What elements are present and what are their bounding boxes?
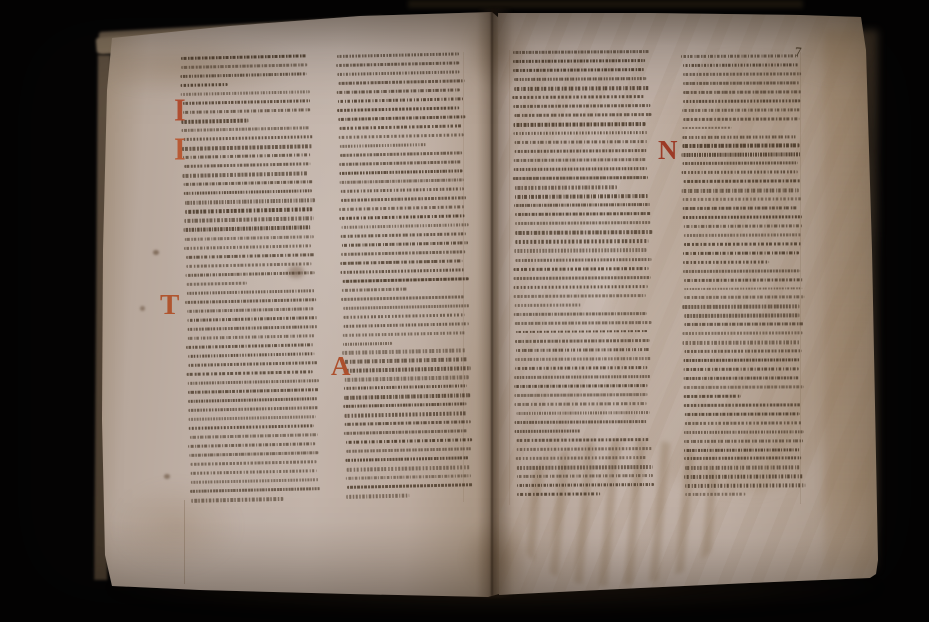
manuscript-text-line — [347, 483, 473, 489]
manuscript-text-line — [180, 72, 305, 78]
manuscript-text-line — [684, 430, 804, 434]
rubric-initial-I: I — [174, 134, 186, 166]
ruling-line — [509, 50, 510, 505]
manuscript-text-line — [184, 135, 314, 141]
manuscript-text-line — [515, 249, 647, 253]
text-column-3 — [512, 50, 652, 503]
manuscript-text-line — [182, 127, 309, 133]
manuscript-text-line — [344, 304, 470, 310]
manuscript-text-line — [684, 358, 800, 362]
ruling-line — [184, 500, 185, 584]
manuscript-text-line — [683, 341, 800, 345]
manuscript-text-line — [515, 221, 650, 225]
manuscript-text-line — [515, 303, 580, 307]
manuscript-text-line — [684, 323, 803, 327]
manuscript-text-line — [681, 54, 798, 58]
manuscript-text-line — [345, 457, 468, 462]
manuscript-text-line — [685, 466, 800, 470]
manuscript-text-line — [682, 153, 800, 157]
manuscript-text-line — [683, 215, 801, 219]
manuscript-text-line — [188, 397, 316, 403]
manuscript-text-line — [513, 50, 650, 54]
manuscript-text-line — [190, 487, 320, 493]
manuscript-text-line — [684, 314, 799, 318]
manuscript-text-line — [514, 86, 649, 90]
manuscript-text-line — [683, 260, 769, 264]
manuscript-text-line — [684, 395, 741, 399]
manuscript-text-line — [514, 140, 647, 144]
manuscript-text-line — [682, 189, 799, 193]
manuscript-text-line — [683, 63, 799, 67]
manuscript-text-line — [517, 411, 650, 415]
manuscript-text-line — [684, 350, 802, 354]
manuscript-text-line — [183, 172, 309, 178]
manuscript-text-line — [516, 258, 651, 262]
manuscript-text-line — [683, 72, 802, 76]
manuscript-text-line — [517, 493, 600, 497]
text-column-2 — [336, 52, 472, 505]
manuscript-text-line — [684, 403, 802, 407]
manuscript-text-line — [337, 88, 460, 94]
manuscript-text-line — [514, 68, 645, 72]
manuscript-text-line — [515, 321, 652, 325]
manuscript-text-line — [513, 131, 647, 135]
manuscript-photo: I I T A N 7 — [0, 0, 929, 622]
manuscript-text-line — [684, 457, 801, 460]
manuscript-text-line — [188, 352, 315, 358]
manuscript-text-line — [188, 388, 319, 394]
manuscript-text-line — [683, 332, 803, 336]
manuscript-text-line — [190, 433, 318, 439]
manuscript-text-line — [682, 126, 731, 129]
manuscript-text-line — [339, 133, 464, 138]
manuscript-text-line — [181, 90, 310, 96]
manuscript-text-line — [188, 406, 319, 412]
manuscript-text-line — [184, 181, 312, 187]
manuscript-text-line — [341, 250, 465, 256]
manuscript-text-line — [184, 163, 310, 169]
manuscript-text-line — [187, 316, 317, 322]
manuscript-text-line — [346, 448, 471, 453]
manuscript-text-line — [515, 357, 651, 361]
manuscript-text-line — [191, 497, 283, 502]
text-column-1 — [180, 54, 320, 509]
manuscript-text-line — [184, 226, 311, 232]
manuscript-text-line — [340, 151, 462, 157]
manuscript-text-line — [515, 375, 651, 379]
manuscript-text-line — [183, 108, 309, 114]
manuscript-text-line — [337, 61, 460, 66]
manuscript-text-line — [343, 349, 466, 355]
manuscript-text-line — [516, 230, 652, 234]
manuscript-text-line — [684, 448, 799, 452]
binding-gutter-shadow — [477, 8, 513, 598]
manuscript-text-line — [346, 494, 409, 499]
manuscript-text-line — [181, 83, 228, 87]
manuscript-text-line — [343, 341, 392, 345]
manuscript-text-line — [516, 456, 647, 460]
manuscript-text-line — [187, 370, 313, 376]
manuscript-text-line — [344, 403, 466, 408]
manuscript-text-line — [188, 424, 314, 430]
manuscript-text-line — [188, 325, 318, 331]
manuscript-text-line — [186, 253, 315, 259]
manuscript-text-line — [342, 287, 407, 292]
manuscript-text-line — [339, 79, 464, 84]
manuscript-text-line — [515, 113, 651, 117]
manuscript-text-line — [683, 251, 800, 255]
manuscript-text-line — [517, 438, 650, 442]
manuscript-text-line — [684, 367, 799, 371]
manuscript-text-line — [339, 124, 463, 130]
manuscript-text-line — [182, 119, 249, 124]
manuscript-text-line — [344, 430, 467, 435]
manuscript-text-line — [189, 415, 316, 421]
manuscript-text-line — [514, 285, 648, 289]
manuscript-text-line — [514, 167, 647, 171]
manuscript-text-line — [515, 402, 647, 406]
manuscript-text-line — [684, 224, 802, 228]
manuscript-text-line — [516, 330, 648, 334]
manuscript-text-line — [337, 70, 459, 76]
manuscript-text-line — [517, 447, 653, 451]
manuscript-text-line — [184, 217, 313, 223]
manuscript-text-line — [683, 144, 799, 148]
manuscript-text-line — [182, 145, 311, 151]
manuscript-text-line — [342, 223, 469, 229]
manuscript-text-line — [342, 241, 467, 246]
manuscript-text-line — [684, 117, 800, 121]
rubric-initial-T: T — [160, 291, 179, 320]
manuscript-text-line — [514, 294, 645, 298]
manuscript-text-line — [515, 240, 648, 244]
manuscript-text-line — [187, 281, 247, 285]
manuscript-text-line — [683, 162, 798, 165]
manuscript-text-line — [516, 348, 651, 352]
manuscript-text-line — [514, 312, 647, 316]
manuscript-text-line — [185, 199, 315, 205]
manuscript-text-line — [347, 466, 470, 472]
manuscript-text-line — [513, 176, 648, 180]
manuscript-text-line — [684, 287, 802, 291]
manuscript-text-line — [184, 190, 312, 196]
manuscript-text-line — [515, 420, 647, 424]
manuscript-text-line — [515, 430, 581, 434]
manuscript-text-line — [344, 421, 470, 427]
manuscript-text-line — [685, 484, 804, 488]
manuscript-text-line — [346, 439, 472, 445]
manuscript-text-line — [343, 385, 467, 390]
manuscript-text-line — [344, 376, 468, 382]
folio-number: 7 — [794, 44, 802, 60]
manuscript-text-line — [513, 158, 645, 162]
manuscript-text-line — [340, 143, 426, 148]
manuscript-text-line — [338, 97, 464, 103]
manuscript-text-line — [186, 208, 313, 214]
manuscript-text-line — [515, 393, 648, 397]
manuscript-text-line — [515, 384, 648, 388]
manuscript-text-line — [515, 339, 649, 343]
manuscript-text-line — [343, 322, 468, 328]
manuscript-text-line — [339, 169, 462, 175]
manuscript-text-line — [515, 194, 649, 198]
manuscript-text-line — [183, 99, 309, 104]
manuscript-text-line — [340, 178, 464, 184]
manuscript-text-line — [684, 385, 804, 389]
manuscript-text-line — [186, 298, 317, 304]
manuscript-text-line — [514, 276, 650, 280]
manuscript-text-line — [513, 122, 645, 126]
manuscript-text-line — [188, 361, 317, 367]
manuscript-text-line — [684, 242, 802, 246]
manuscript-text-line — [340, 214, 465, 220]
manuscript-text-line — [685, 296, 805, 300]
manuscript-text-line — [685, 493, 745, 496]
manuscript-text-line — [518, 483, 654, 487]
manuscript-text-line — [187, 307, 313, 313]
manuscript-text-line — [343, 331, 466, 337]
manuscript-text-line — [684, 412, 799, 416]
manuscript-text-line — [191, 478, 319, 483]
manuscript-text-line — [340, 187, 463, 192]
manuscript-text-line — [342, 358, 467, 364]
manuscript-text-line — [340, 232, 465, 238]
manuscript-text-line — [684, 475, 803, 479]
manuscript-text-line — [684, 233, 801, 236]
manuscript-text-line — [186, 289, 315, 295]
manuscript-text-line — [346, 475, 471, 480]
manuscript-text-line — [682, 197, 802, 201]
manuscript-text-line — [343, 277, 469, 283]
manuscript-text-line — [684, 99, 801, 103]
binding-fold-line — [491, 10, 493, 596]
manuscript-text-line — [684, 278, 803, 282]
manuscript-text-line — [339, 115, 466, 121]
manuscript-text-line — [188, 379, 319, 385]
manuscript-text-line — [685, 421, 802, 425]
rubric-initial-A: A — [331, 353, 351, 380]
manuscript-text-line — [515, 186, 617, 190]
manuscript-text-line — [340, 160, 461, 165]
manuscript-text-line — [339, 205, 464, 211]
manuscript-text-line — [343, 313, 465, 319]
manuscript-text-line — [515, 149, 646, 153]
manuscript-text-line — [682, 305, 799, 309]
manuscript-text-line — [188, 442, 315, 448]
manuscript-text-line — [683, 376, 798, 380]
manuscript-text-line — [186, 271, 315, 277]
rubric-initial-N: N — [658, 137, 678, 164]
manuscript-text-line — [515, 366, 647, 370]
manuscript-text-line — [684, 180, 801, 184]
manuscript-text-line — [186, 343, 313, 349]
manuscript-text-line — [181, 63, 307, 68]
manuscript-text-line — [337, 106, 459, 112]
manuscript-text-line — [683, 108, 802, 112]
manuscript-text-line — [514, 59, 646, 63]
manuscript-text-line — [682, 135, 797, 139]
manuscript-text-line — [183, 154, 309, 160]
manuscript-text-line — [341, 196, 466, 202]
manuscript-text-line — [514, 104, 651, 108]
manuscript-text-line — [513, 95, 645, 99]
manuscript-text-line — [344, 367, 471, 373]
manuscript-text-line — [190, 460, 316, 465]
manuscript-text-line — [341, 268, 465, 274]
background-edge — [408, 0, 803, 8]
manuscript-text-line — [684, 269, 801, 273]
manuscript-text-line — [184, 244, 311, 250]
manuscript-text-line — [188, 334, 316, 340]
manuscript-text-line — [517, 465, 654, 469]
rubric-initial-I: I — [174, 95, 186, 127]
manuscript-text-line — [191, 469, 317, 475]
manuscript-text-line — [683, 90, 801, 94]
manuscript-text-line — [514, 77, 646, 81]
manuscript-text-line — [340, 259, 462, 265]
manuscript-text-line — [517, 474, 653, 478]
manuscript-text-line — [186, 262, 311, 268]
manuscript-text-line — [345, 412, 466, 418]
manuscript-text-line — [514, 267, 649, 271]
manuscript-text-line — [189, 451, 318, 457]
manuscript-text-line — [344, 394, 470, 400]
manuscript-text-line — [683, 206, 798, 210]
manuscript-text-line — [683, 81, 799, 85]
text-column-4 — [681, 54, 803, 503]
manuscript-text-line — [515, 212, 651, 216]
manuscript-text-line — [341, 295, 464, 301]
manuscript-text-line — [514, 203, 650, 207]
manuscript-text-line — [684, 439, 803, 443]
manuscript-text-line — [682, 171, 797, 175]
manuscript-text-line — [185, 235, 314, 241]
